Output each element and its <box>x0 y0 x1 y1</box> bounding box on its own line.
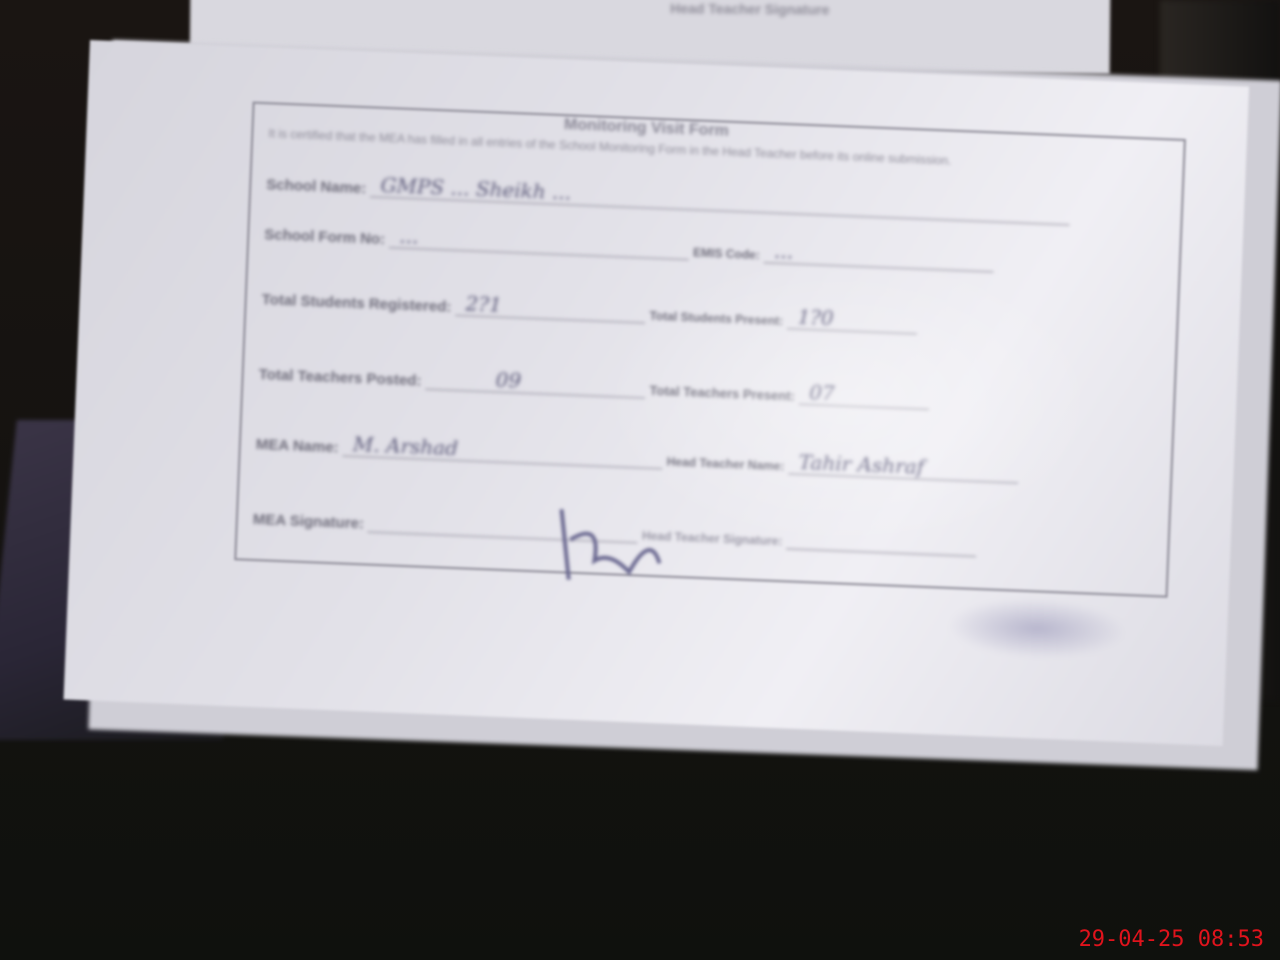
school-name-value: GMPS ... Sheikh ... <box>380 173 571 205</box>
mea-signature-value: (signature) <box>448 519 527 538</box>
mea-name-label: MEA Name: <box>256 436 339 456</box>
school-form-value: ... <box>399 224 419 249</box>
timestamp-overlay: 29-04-25 08:53 <box>1079 927 1264 952</box>
mea-name-value: M. Arshad <box>352 432 458 460</box>
back-sheet-label: Head Teacher Signature <box>670 0 829 17</box>
teachers-posted-value: 09 <box>495 368 521 393</box>
school-form-label: School Form No: <box>264 226 385 248</box>
school-stamp <box>946 595 1128 662</box>
school-name-label: School Name: <box>266 176 367 197</box>
school-name-row: School Name: GMPS ... Sheikh ... <box>266 174 1070 225</box>
mea-signature-label: MEA Signature: <box>253 511 365 532</box>
students-registered-label: Total Students Registered: <box>261 291 451 316</box>
light-glare <box>600 250 1100 550</box>
form-title: Monitoring Visit Form <box>564 116 730 141</box>
teachers-posted-label: Total Teachers Posted: <box>258 366 421 390</box>
students-registered-value: 2?1 <box>465 291 502 316</box>
